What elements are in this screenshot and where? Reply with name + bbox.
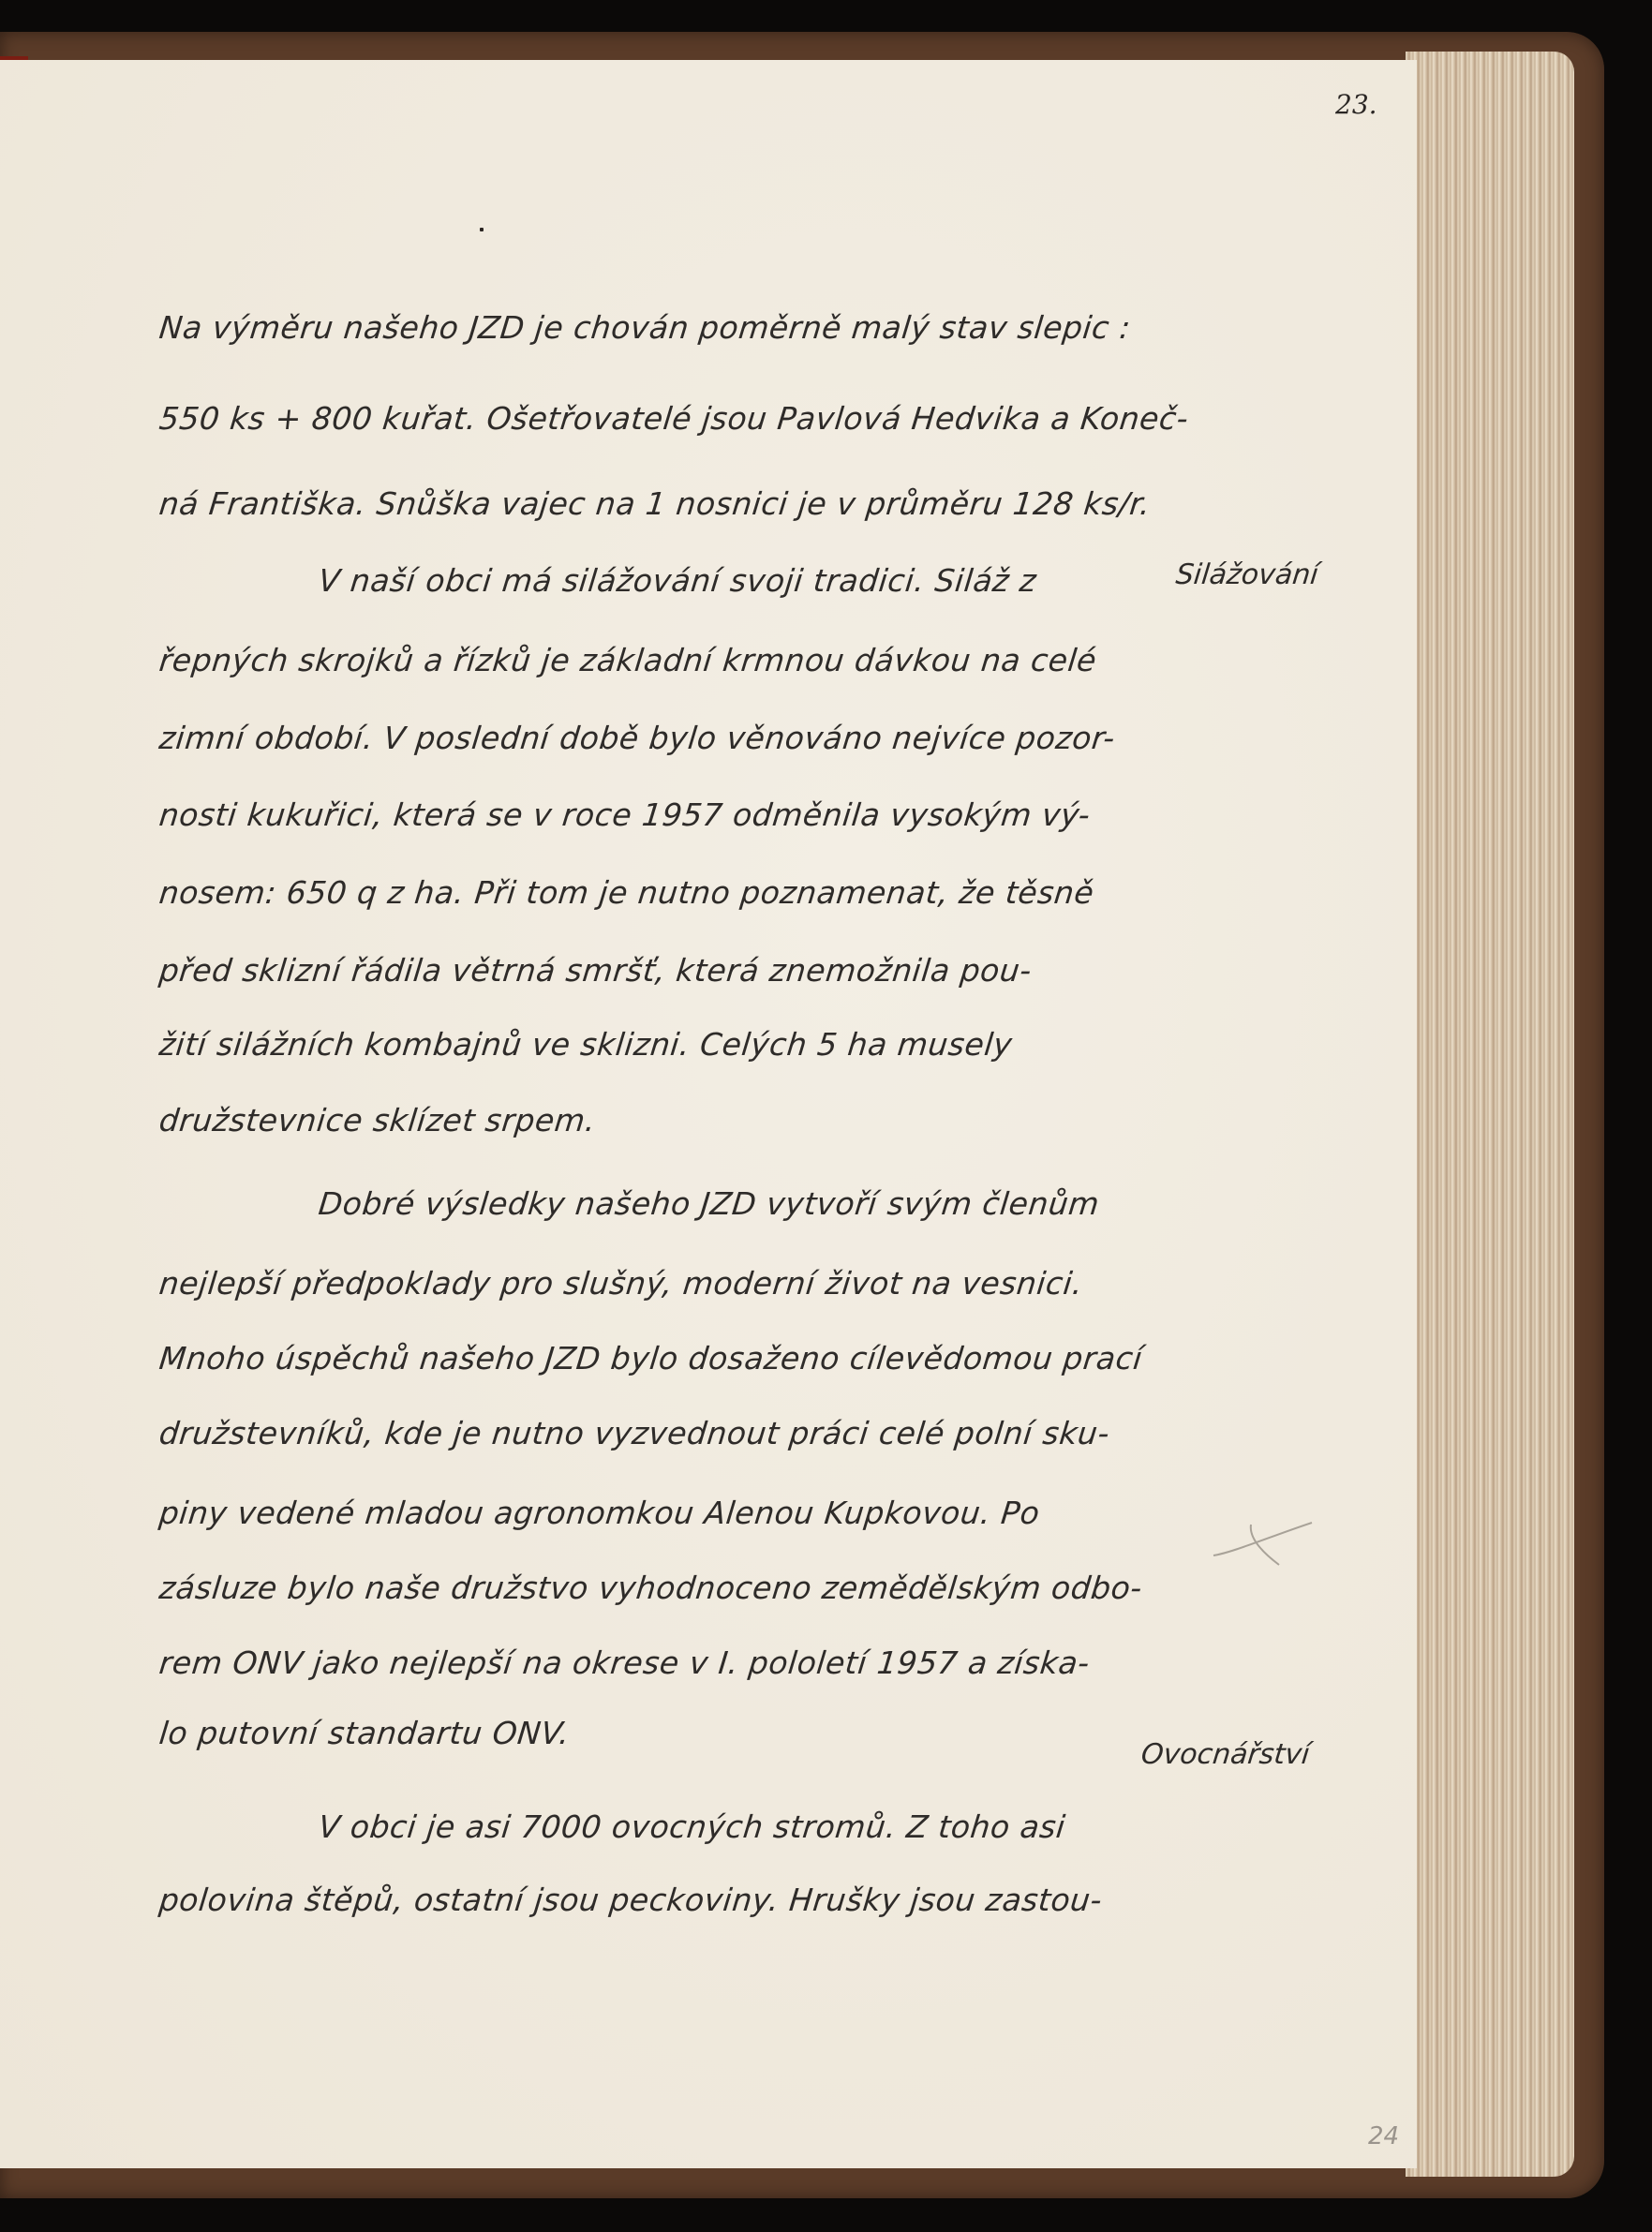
text-line: lo putovní standartu ONV. <box>157 1715 572 1751</box>
text-line: před sklizní řádila větrná smršť, která … <box>157 952 1034 989</box>
margin-note-ovocnarstvi: Ovocnářství <box>1139 1738 1311 1771</box>
text-line: Na výměru našeho JZD je chován poměrně m… <box>157 309 1133 346</box>
page-block-edges <box>1406 52 1574 2177</box>
text-line: družstevníků, kde je nutno vyzvednout pr… <box>157 1415 1111 1451</box>
archive-pencil-number: 24 <box>1368 2122 1399 2150</box>
text-line: zimní období. V poslední době bylo věnov… <box>157 720 1117 756</box>
ink-speck <box>480 228 484 231</box>
text-line: nejlepší předpoklady pro slušný, moderní… <box>157 1265 1085 1302</box>
pencil-cross-mark <box>1204 1513 1317 1570</box>
text-line: polovina štěpů, ostatní jsou peckoviny. … <box>157 1882 1104 1918</box>
text-line: Mnoho úspěchů našeho JZD bylo dosaženo c… <box>157 1340 1144 1376</box>
text-line: nosti kukuřici, která se v roce 1957 odm… <box>157 796 1092 833</box>
text-line: nosem: 650 q z ha. Při tom je nutno pozn… <box>157 874 1095 911</box>
text-line: piny vedené mladou agronomkou Alenou Kup… <box>157 1495 1042 1531</box>
text-line: rem ONV jako nejlepší na okrese v I. pol… <box>157 1644 1092 1681</box>
text-line: řepných skrojků a řízků je základní krmn… <box>157 642 1098 678</box>
paragraph-start-line: V naší obci má silážování svoji tradici.… <box>317 562 1038 599</box>
text-line: žití silážních kombajnů ve sklizni. Celý… <box>157 1026 1014 1063</box>
paragraph-start-line: V obci je asi 7000 ovocných stromů. Z to… <box>317 1808 1067 1845</box>
text-line: družstevnice sklízet srpem. <box>157 1102 598 1138</box>
paragraph-start-line: Dobré výsledky našeho JZD vytvoří svým č… <box>317 1185 1101 1222</box>
text-line: ná Františka. Snůška vajec na 1 nosnici … <box>157 485 1153 522</box>
page-number: 23. <box>1335 89 1377 120</box>
text-line: zásluze bylo naše družstvo vyhodnoceno z… <box>157 1570 1144 1606</box>
text-line: 550 ks + 800 kuřat. Ošetřovatelé jsou Pa… <box>157 400 1190 437</box>
margin-note-silazovani: Silážování <box>1174 558 1319 591</box>
